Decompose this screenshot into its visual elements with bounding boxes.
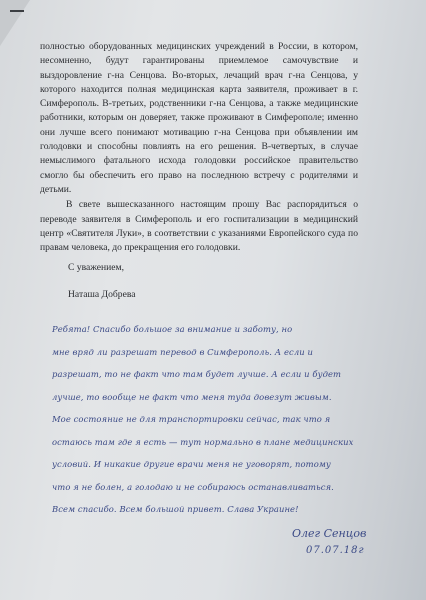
handwritten-line: Мое состояние не для транспортировки сей… xyxy=(52,408,392,431)
handwritten-line: мне вряд ли разрешат перевод в Симферопо… xyxy=(52,341,392,364)
handwritten-date: 07.07.18г xyxy=(306,545,365,556)
handwritten-signature: Олег Сенцов xyxy=(292,527,366,540)
page-mark xyxy=(10,10,24,12)
handwritten-line: разрешат, то не факт что там будет лучше… xyxy=(52,363,392,386)
typed-paragraph: В свете вышесказанного настоящим прошу В… xyxy=(40,198,358,255)
closing-salutation: С уважением, xyxy=(68,262,124,273)
handwritten-line: что я не болен, а голодаю и не собираюсь… xyxy=(52,476,392,499)
handwritten-line: остаюсь там где я есть — тут нормально в… xyxy=(52,431,392,454)
typed-letter-body: полностью оборудованных медицинских учре… xyxy=(40,40,358,255)
handwritten-line: условий. И никакие другие врачи меня не … xyxy=(52,453,392,476)
handwritten-line: лучше, то вообще не факт что меня туда д… xyxy=(52,386,392,409)
document-page: полностью оборудованных медицинских учре… xyxy=(0,0,426,600)
handwritten-line: Всем спасибо. Всем большой привет. Слава… xyxy=(52,498,392,521)
handwritten-line: Ребята! Спасибо большое за внимание и за… xyxy=(52,318,392,341)
handwritten-note: Ребята! Спасибо большое за внимание и за… xyxy=(52,318,392,521)
page-fold-corner xyxy=(0,0,30,46)
typed-paragraph: полностью оборудованных медицинских учре… xyxy=(40,40,358,197)
signer-name: Наташа Добрева xyxy=(68,289,136,300)
